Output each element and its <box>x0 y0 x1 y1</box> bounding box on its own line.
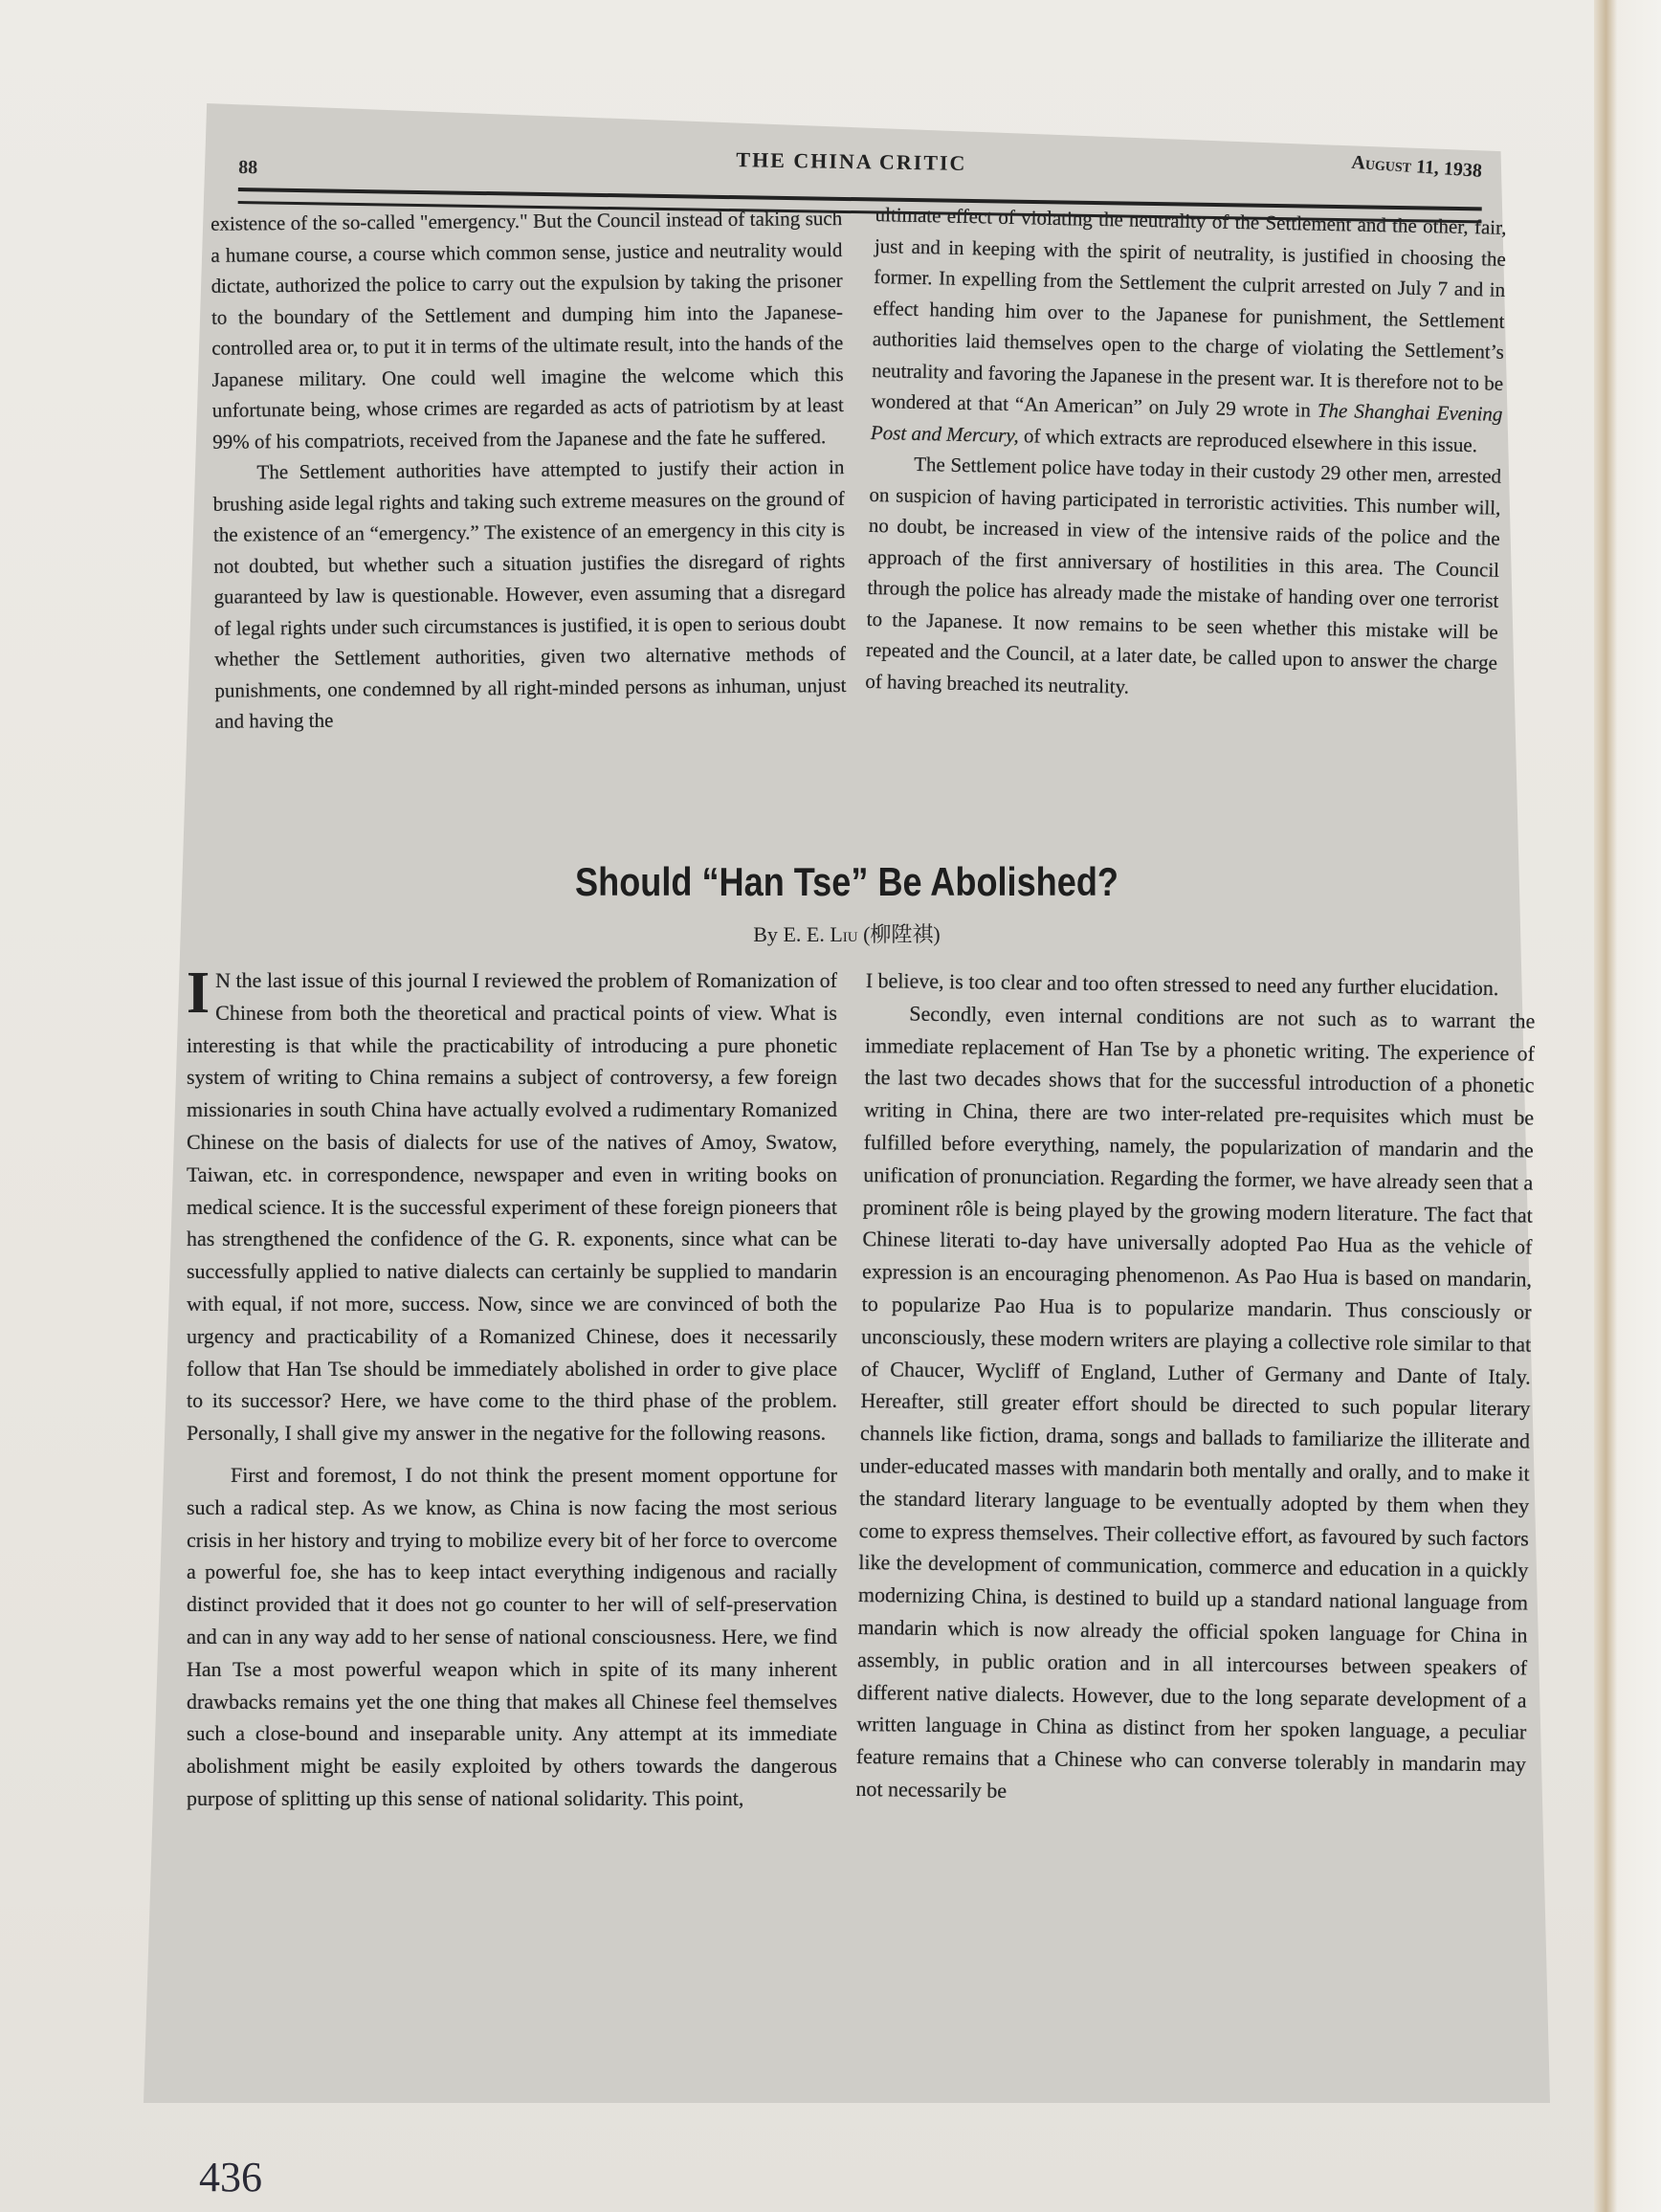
issue-date: August 11, 1938 <box>1351 152 1483 183</box>
article-column-left: IN the last issue of this journal I revi… <box>187 964 837 1815</box>
running-header: 88 THE CHINA CRITIC August 11, 1938 <box>238 121 1483 207</box>
article-column-right: I believe, is too clear and too often st… <box>855 964 1536 1813</box>
folio: 88 <box>238 157 257 179</box>
paragraph: ultimate effect of violating the neutral… <box>871 199 1507 461</box>
byline: By E. E. Liu (柳陞祺) <box>144 918 1550 948</box>
author-name: E. E. Liu <box>783 922 857 946</box>
paragraph: Secondly, even internal conditions are n… <box>855 997 1535 1813</box>
page-number: 436 <box>199 2153 262 2201</box>
drop-cap: I <box>187 968 210 1018</box>
paragraph: IN the last issue of this journal I revi… <box>187 964 837 1449</box>
paragraph: The Settlement authorities have attempte… <box>212 452 847 737</box>
journal-title: THE CHINA CRITIC <box>736 147 966 176</box>
article-title: Should “Han Tse” Be Abolished? <box>242 859 1451 905</box>
editorial-column-right: ultimate effect of violating the neutral… <box>865 199 1507 710</box>
page-content: 88 THE CHINA CRITIC August 11, 1938 exis… <box>144 103 1550 2103</box>
author-chinese-name: (柳陞祺) <box>863 922 941 946</box>
editorial-column-left: existence of the so-called "emergency." … <box>210 203 847 737</box>
paragraph: The Settlement police have today in thei… <box>865 448 1501 710</box>
book-spine-edge <box>1594 0 1661 2212</box>
paragraph: existence of the so-called "emergency." … <box>210 203 844 457</box>
paragraph: First and foremost, I do not think the p… <box>187 1459 837 1815</box>
